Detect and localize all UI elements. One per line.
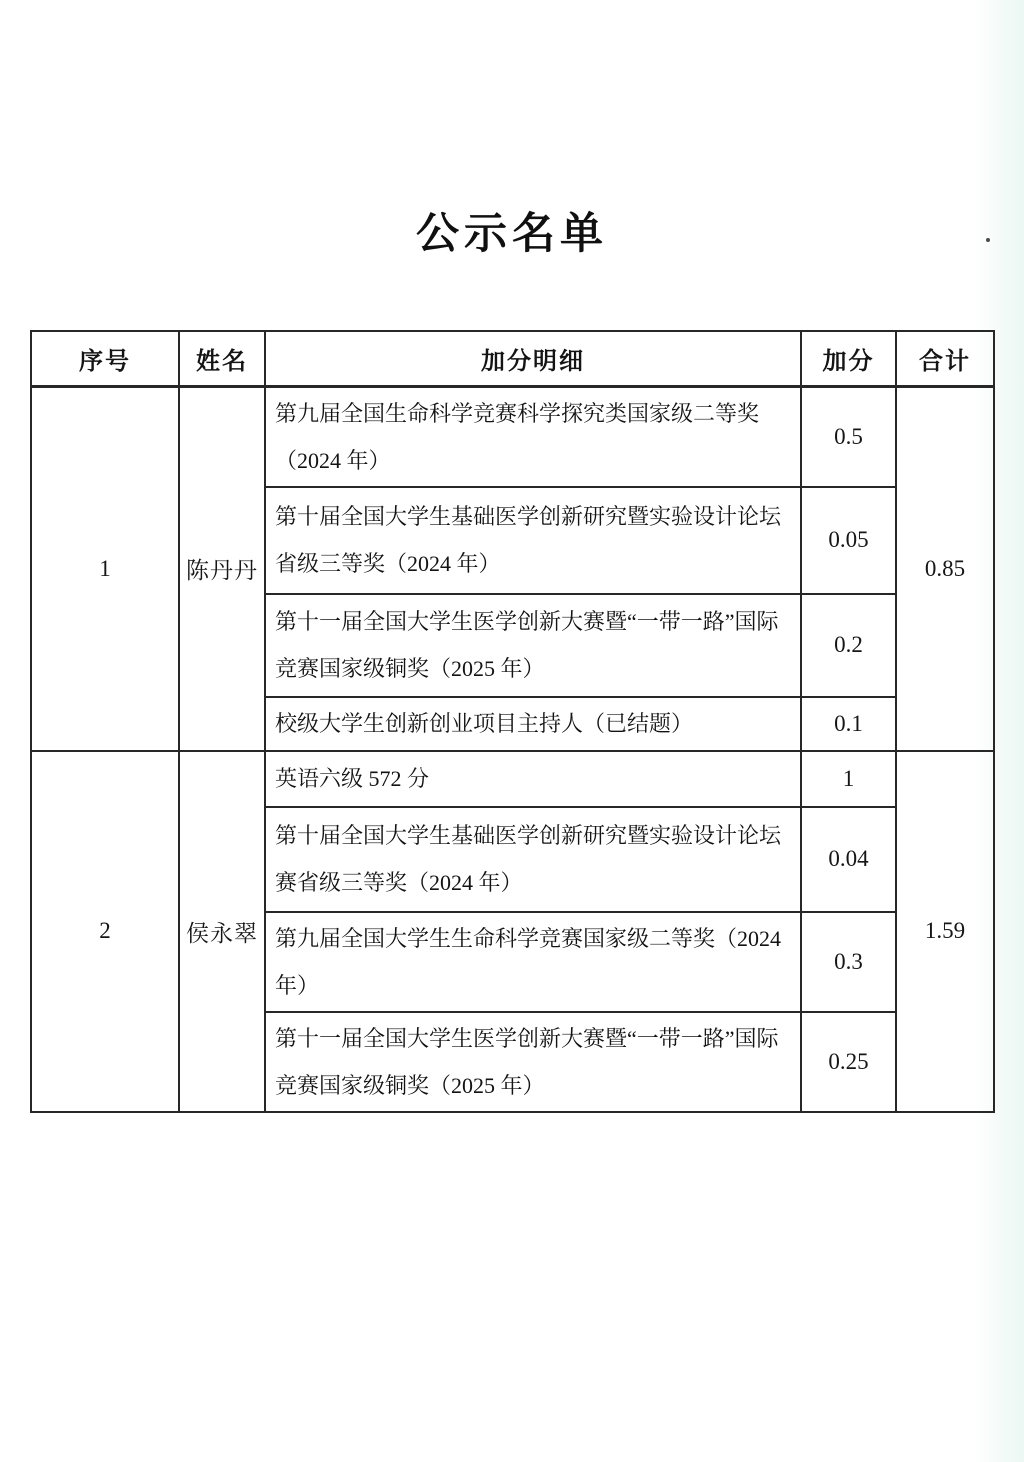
award-detail: 第十届全国大学生基础医学创新研究暨实验设计论坛赛省级三等奖（2024 年） [265, 807, 801, 912]
entry-total: 1.59 [896, 751, 994, 1112]
award-detail: 第十一届全国大学生医学创新大赛暨“一带一路”国际竞赛国家级铜奖（2025 年） [265, 1012, 801, 1112]
bonus-points-table: 序号 姓名 加分明细 加分 合计 1 陈丹丹 第九届全国生命科学竞赛科学探究类国… [30, 330, 995, 1113]
column-header-name: 姓名 [179, 331, 265, 386]
award-points: 0.5 [801, 386, 896, 487]
column-header-points: 加分 [801, 331, 896, 386]
page-title: 公示名单 [0, 200, 1024, 261]
award-detail: 第十一届全国大学生医学创新大赛暨“一带一路”国际竞赛国家级铜奖（2025 年） [265, 594, 801, 697]
award-detail: 英语六级 572 分 [265, 751, 801, 807]
award-points: 0.1 [801, 697, 896, 751]
award-points: 0.3 [801, 912, 896, 1012]
column-header-number: 序号 [31, 331, 179, 386]
column-header-total: 合计 [896, 331, 994, 386]
scan-ink-speck [986, 238, 990, 242]
entry-name: 陈丹丹 [179, 386, 265, 751]
entry-total: 0.85 [896, 386, 994, 751]
table-header-row: 序号 姓名 加分明细 加分 合计 [31, 331, 994, 386]
table-row: 2 侯永翠 英语六级 572 分 1 1.59 [31, 751, 994, 807]
award-detail: 第九届全国生命科学竞赛科学探究类国家级二等奖 （2024 年） [265, 386, 801, 487]
entry-name: 侯永翠 [179, 751, 265, 1112]
award-detail: 第九届全国大学生生命科学竞赛国家级二等奖（2024 年） [265, 912, 801, 1012]
award-points: 0.04 [801, 807, 896, 912]
entry-number: 1 [31, 386, 179, 751]
award-points: 0.2 [801, 594, 896, 697]
award-points: 1 [801, 751, 896, 807]
award-points: 0.05 [801, 487, 896, 594]
table-row: 1 陈丹丹 第九届全国生命科学竞赛科学探究类国家级二等奖 （2024 年） 0.… [31, 386, 994, 487]
award-detail: 校级大学生创新创业项目主持人（已结题） [265, 697, 801, 751]
award-points: 0.25 [801, 1012, 896, 1112]
entry-number: 2 [31, 751, 179, 1112]
award-detail: 第十届全国大学生基础医学创新研究暨实验设计论坛省级三等奖（2024 年） [265, 487, 801, 594]
column-header-details: 加分明细 [265, 331, 801, 386]
